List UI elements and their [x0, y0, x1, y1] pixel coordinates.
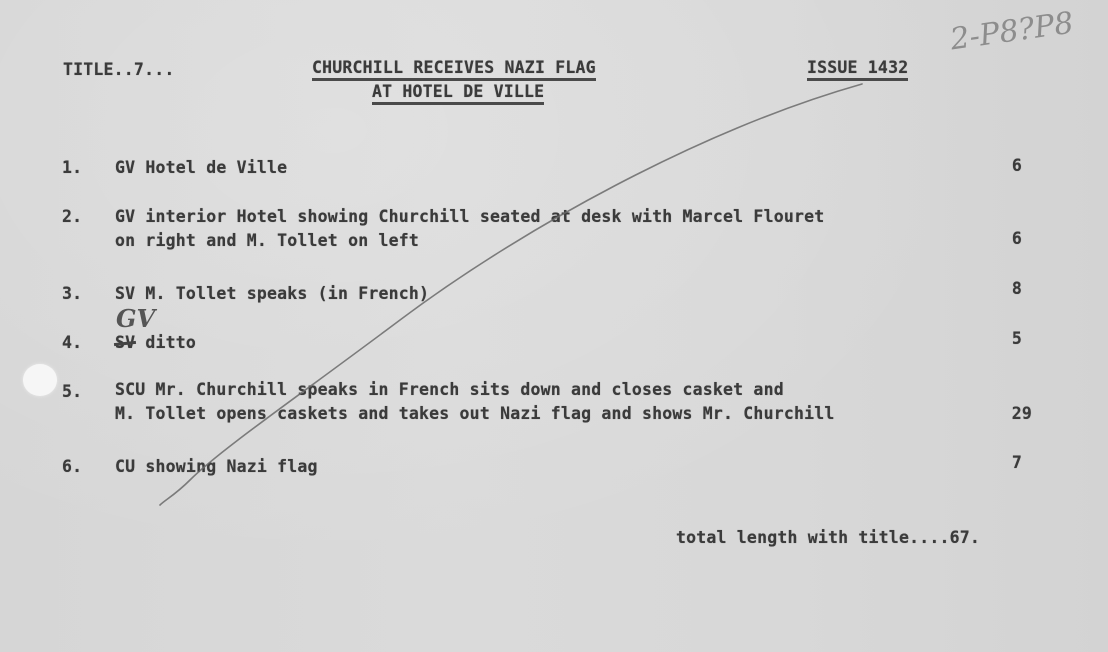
shot-length: 29: [992, 404, 1032, 423]
shot-description: CU showing Nazi flag: [115, 457, 318, 476]
shot-number: 1.: [62, 158, 82, 177]
shot-number: 3.: [62, 284, 82, 303]
punch-hole: [23, 364, 57, 396]
shot-number: 2.: [62, 207, 82, 226]
handwritten-correction: GV: [116, 304, 155, 333]
shot-description: SCU Mr. Churchill speaks in French sits …: [115, 380, 784, 399]
shot-length: 5: [982, 329, 1022, 348]
issue-number: ISSUE 1432: [807, 58, 908, 81]
shot-length: 7: [982, 453, 1022, 472]
shot-length: 6: [982, 156, 1022, 175]
shot-description-cont: on right and M. Tollet on left: [115, 231, 419, 250]
shot-description: GV interior Hotel showing Churchill seat…: [115, 207, 824, 226]
film-title-line1: CHURCHILL RECEIVES NAZI FLAG: [312, 58, 596, 81]
shot-description: GV Hotel de Ville: [115, 158, 287, 177]
film-title-line2: AT HOTEL DE VILLE: [372, 82, 544, 105]
shot-length: 6: [982, 229, 1022, 248]
shot-length: 8: [982, 279, 1022, 298]
document-paper: [0, 0, 1108, 652]
shot-description: SV M. Tollet speaks (in French): [115, 284, 429, 303]
total-length: total length with title....67.: [676, 528, 980, 547]
title-label: TITLE..7...: [63, 60, 174, 79]
shot-number: 4.: [62, 333, 82, 352]
shot-number: 6.: [62, 457, 82, 476]
shot-description-cont: M. Tollet opens caskets and takes out Na…: [115, 404, 835, 423]
shot-number: 5.: [62, 382, 82, 401]
